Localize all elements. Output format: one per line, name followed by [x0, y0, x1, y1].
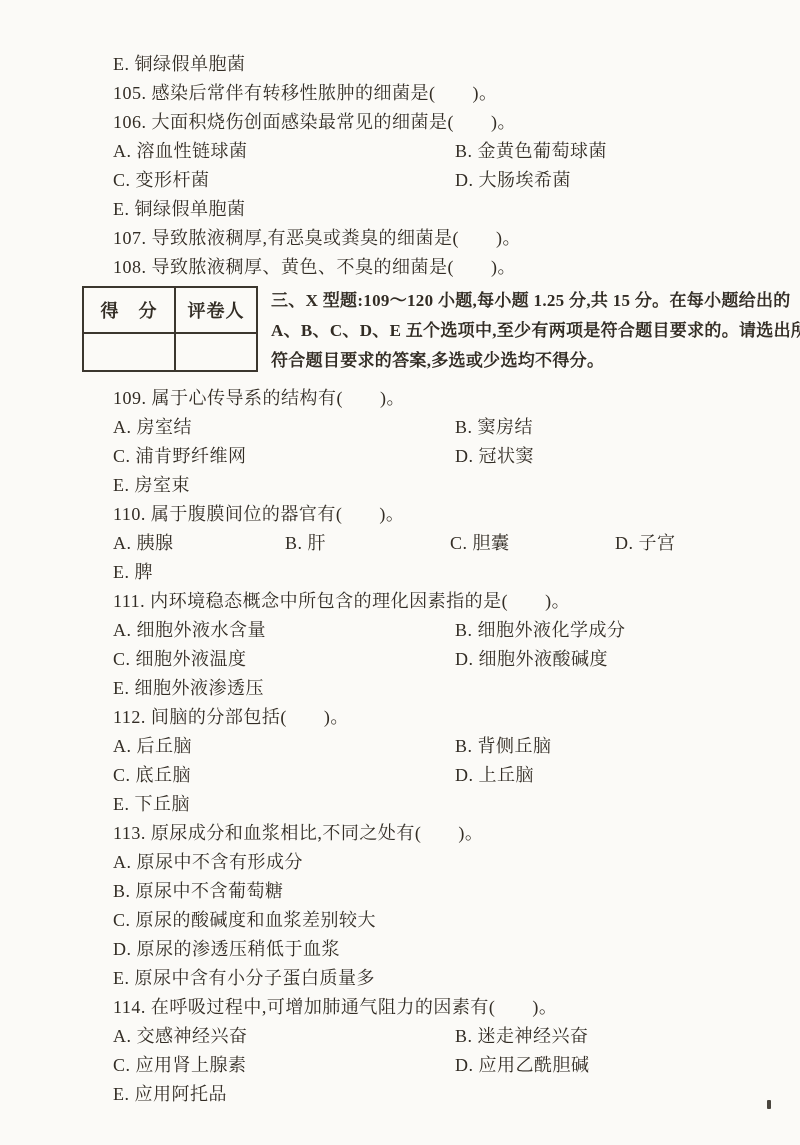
option-c: C. 应用肾上腺素 [113, 1051, 455, 1080]
score-box: 得 分 评卷人 [82, 286, 258, 372]
question-111: 111. 内环境稳态概念中所包含的理化因素指的是( )。 [113, 587, 770, 616]
q112-options-row-ab: A. 后丘脑 B. 背侧丘脑 [113, 732, 770, 761]
grader-label-cell: 评卷人 [176, 288, 256, 334]
q110-option-e: E. 脾 [113, 558, 770, 587]
option-d: D. 大肠埃希菌 [455, 166, 571, 195]
option-d: D. 冠状窦 [455, 442, 534, 471]
option-b: B. 背侧丘脑 [455, 732, 552, 761]
section-3-header-block: 得 分 评卷人 三、X 型题:109～120 小题,每小题 1.25 分,共 1… [82, 286, 770, 376]
q113-option-a: A. 原尿中不含有形成分 [113, 848, 770, 877]
question-106: 106. 大面积烧伤创面感染最常见的细菌是( )。 [113, 108, 770, 137]
score-empty-cell [84, 334, 176, 370]
exam-paper-page: E. 铜绿假单胞菌 105. 感染后常伴有转移性脓肿的细菌是( )。 106. … [0, 0, 800, 1145]
option-b: B. 迷走神经兴奋 [455, 1022, 589, 1051]
scan-artifact-speck [767, 1100, 771, 1109]
option-c: C. 变形杆菌 [113, 166, 455, 195]
q113-option-d: D. 原尿的渗透压稍低于血浆 [113, 935, 770, 964]
option-a: A. 溶血性链球菌 [113, 137, 455, 166]
option-d: D. 子宫 [615, 529, 676, 558]
option-b: B. 细胞外液化学成分 [455, 616, 626, 645]
q114-options-row-ab: A. 交感神经兴奋 B. 迷走神经兴奋 [113, 1022, 770, 1051]
q106-options-row-cd: C. 变形杆菌 D. 大肠埃希菌 [113, 166, 770, 195]
option-c: C. 胆囊 [450, 529, 615, 558]
q111-options-row-ab: A. 细胞外液水含量 B. 细胞外液化学成分 [113, 616, 770, 645]
option-a: A. 后丘脑 [113, 732, 455, 761]
option-a: A. 房室结 [113, 413, 455, 442]
q109-options-row-ab: A. 房室结 B. 窦房结 [113, 413, 770, 442]
question-108: 108. 导致脓液稠厚、黄色、不臭的细菌是( )。 [113, 253, 770, 282]
carryover-option-e: E. 铜绿假单胞菌 [113, 50, 770, 79]
q112-option-e: E. 下丘脑 [113, 790, 770, 819]
option-c: C. 细胞外液温度 [113, 645, 455, 674]
question-105: 105. 感染后常伴有转移性脓肿的细菌是( )。 [113, 79, 770, 108]
instruction-line-3: 符合题目要求的答案,多选或少选均不得分。 [271, 346, 771, 376]
section-3-instructions: 三、X 型题:109～120 小题,每小题 1.25 分,共 15 分。在每小题… [271, 286, 771, 376]
option-c: C. 底丘脑 [113, 761, 455, 790]
option-d: D. 上丘脑 [455, 761, 534, 790]
q111-options-row-cd: C. 细胞外液温度 D. 细胞外液酸碱度 [113, 645, 770, 674]
option-c: C. 浦肯野纤维网 [113, 442, 455, 471]
question-112: 112. 间脑的分部包括( )。 [113, 703, 770, 732]
option-a: A. 胰腺 [113, 529, 285, 558]
q109-option-e: E. 房室束 [113, 471, 770, 500]
q113-option-b: B. 原尿中不含葡萄糖 [113, 877, 770, 906]
q113-option-e: E. 原尿中含有小分子蛋白质量多 [113, 964, 770, 993]
score-label-cell: 得 分 [84, 288, 176, 334]
page-content: E. 铜绿假单胞菌 105. 感染后常伴有转移性脓肿的细菌是( )。 106. … [0, 0, 800, 1109]
question-114: 114. 在呼吸过程中,可增加肺通气阻力的因素有( )。 [113, 993, 770, 1022]
option-d: D. 应用乙酰胆碱 [455, 1051, 590, 1080]
question-110: 110. 属于腹膜间位的器官有( )。 [113, 500, 770, 529]
question-113: 113. 原尿成分和血浆相比,不同之处有( )。 [113, 819, 770, 848]
q110-options-row-abcd: A. 胰腺 B. 肝 C. 胆囊 D. 子宫 [113, 529, 770, 558]
question-109: 109. 属于心传导系的结构有( )。 [113, 384, 770, 413]
q111-option-e: E. 细胞外液渗透压 [113, 674, 770, 703]
q106-option-e: E. 铜绿假单胞菌 [113, 195, 770, 224]
q114-option-e: E. 应用阿托品 [113, 1080, 770, 1109]
question-107: 107. 导致脓液稠厚,有恶臭或粪臭的细菌是( )。 [113, 224, 770, 253]
option-a: A. 交感神经兴奋 [113, 1022, 455, 1051]
instruction-line-2: A、B、C、D、E 五个选项中,至少有两项是符合题目要求的。请选出所有 [271, 316, 771, 346]
q114-options-row-cd: C. 应用肾上腺素 D. 应用乙酰胆碱 [113, 1051, 770, 1080]
option-b: B. 肝 [285, 529, 450, 558]
grader-empty-cell [176, 334, 256, 370]
option-a: A. 细胞外液水含量 [113, 616, 455, 645]
q109-options-row-cd: C. 浦肯野纤维网 D. 冠状窦 [113, 442, 770, 471]
q113-option-c: C. 原尿的酸碱度和血浆差别较大 [113, 906, 770, 935]
q112-options-row-cd: C. 底丘脑 D. 上丘脑 [113, 761, 770, 790]
option-b: B. 金黄色葡萄球菌 [455, 137, 607, 166]
option-b: B. 窦房结 [455, 413, 533, 442]
q106-options-row-ab: A. 溶血性链球菌 B. 金黄色葡萄球菌 [113, 137, 770, 166]
option-d: D. 细胞外液酸碱度 [455, 645, 608, 674]
instruction-line-1: 三、X 型题:109～120 小题,每小题 1.25 分,共 15 分。在每小题… [271, 286, 771, 316]
